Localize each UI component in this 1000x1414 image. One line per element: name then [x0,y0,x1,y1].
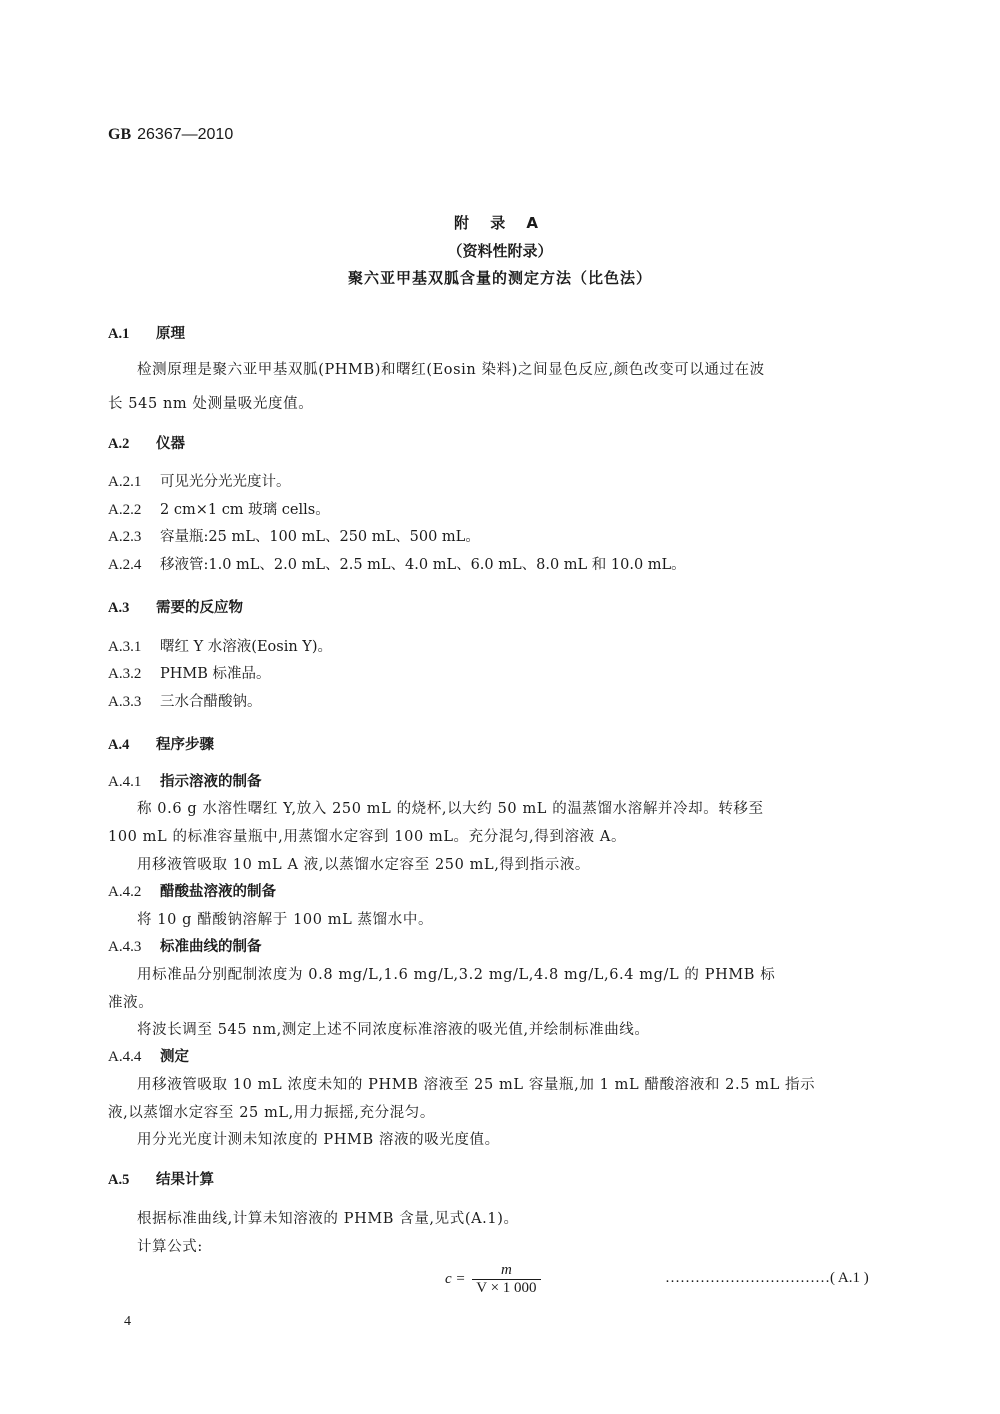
page-number: 4 [124,1314,131,1330]
paragraph-line: 长 545 nm 处测量吸光度值。 [108,392,313,413]
paragraph-line: 准液。 [108,991,153,1012]
section-number: A.5 [108,1172,156,1189]
formula-numerator: m [472,1262,540,1280]
paragraph-line: 用移液管吸取 10 mL A 液,以蒸馏水定容至 250 mL,得到指示液。 [137,853,590,874]
item-number: A.2.4 [108,557,160,574]
list-item: A.3.1曙红 Y 水溶液(Eosin Y)。 [108,635,332,656]
formula-lhs: c = [445,1271,466,1287]
paragraph-line: 100 mL 的标准容量瓶中,用蒸馏水定容到 100 mL。充分混匀,得到溶液 … [108,825,626,846]
section-title: 程序步骤 [156,737,214,753]
item-text: 容量瓶:25 mL、100 mL、250 mL、500 mL。 [160,529,480,545]
equation-label: ……………………………( A.1 ) [665,1270,869,1287]
item-number: A.3.3 [108,694,160,711]
item-number: A.2.3 [108,529,160,546]
section-number: A.2 [108,436,156,453]
subsection-number: A.4.3 [108,939,160,956]
subsection-title: 测定 [160,1049,189,1065]
section-title: 需要的反应物 [156,600,243,616]
paragraph-line: 液,以蒸馏水定容至 25 mL,用力振摇,充分混匀。 [108,1101,435,1122]
section-heading-a2: A.2仪器 [108,432,185,453]
item-number: A.3.1 [108,639,160,656]
list-item: A.2.3容量瓶:25 mL、100 mL、250 mL、500 mL。 [108,525,480,546]
paragraph-line: 计算公式: [137,1235,203,1256]
subsection-heading-a42: A.4.2醋酸盐溶液的制备 [108,880,276,901]
section-title: 原理 [156,326,185,342]
subsection-heading-a44: A.4.4测定 [108,1045,189,1066]
paragraph-line: 用移液管吸取 10 mL 浓度未知的 PHMB 溶液至 25 mL 容量瓶,加 … [137,1073,815,1094]
item-text: 三水合醋酸钠。 [160,694,262,710]
item-text: 移液管:1.0 mL、2.0 mL、2.5 mL、4.0 mL、6.0 mL、8… [160,557,686,573]
standard-code: GB26367—2010 [108,126,233,144]
annex-title: 聚六亚甲基双胍含量的测定方法（比色法） [0,267,1000,288]
subsection-number: A.4.2 [108,884,160,901]
item-text: PHMB 标准品。 [160,666,271,682]
formula-denominator: V × 1 000 [472,1280,540,1297]
paragraph-line: 用标准品分别配制浓度为 0.8 mg/L,1.6 mg/L,3.2 mg/L,4… [137,963,775,984]
paragraph-line: 根据标准曲线,计算未知溶液的 PHMB 含量,见式(A.1)。 [137,1207,519,1228]
paragraph-line: 将 10 g 醋酸钠溶解于 100 mL 蒸馏水中。 [137,908,433,929]
item-text: 可见光分光光度计。 [160,474,291,490]
item-number: A.2.1 [108,474,160,491]
subsection-title: 标准曲线的制备 [160,939,262,955]
formula-a1: c = m V × 1 000 [445,1262,541,1297]
list-item: A.3.3三水合醋酸钠。 [108,690,262,711]
subsection-heading-a43: A.4.3标准曲线的制备 [108,935,262,956]
section-heading-a1: A.1原理 [108,322,185,343]
annex-label: 附 录 A [0,212,1000,233]
list-item: A.3.2PHMB 标准品。 [108,662,271,683]
subsection-title: 指示溶液的制备 [160,774,262,790]
item-number: A.2.2 [108,502,160,519]
paragraph-line: 用分光光度计测未知浓度的 PHMB 溶液的吸光度值。 [137,1128,500,1149]
section-title: 仪器 [156,436,185,452]
section-number: A.3 [108,600,156,617]
item-number: A.3.2 [108,666,160,683]
standard-prefix: GB [108,126,131,143]
paragraph-line: 称 0.6 g 水溶性曙红 Y,放入 250 mL 的烧杯,以大约 50 mL … [137,797,764,818]
standard-number: 26367—2010 [137,126,233,143]
subsection-number: A.4.1 [108,774,160,791]
list-item: A.2.1可见光分光光度计。 [108,470,291,491]
paragraph-line: 检测原理是聚六亚甲基双胍(PHMB)和曙红(Eosin 染料)之间显色反应,颜色… [137,358,765,379]
section-number: A.1 [108,326,156,343]
annex-type: （资料性附录） [0,240,1000,261]
section-heading-a3: A.3需要的反应物 [108,596,243,617]
paragraph-line: 将波长调至 545 nm,测定上述不同浓度标准溶液的吸光值,并绘制标准曲线。 [137,1018,650,1039]
section-title: 结果计算 [156,1172,214,1188]
list-item: A.2.22 cm×1 cm 玻璃 cells。 [108,498,330,519]
subsection-number: A.4.4 [108,1049,160,1066]
item-text: 2 cm×1 cm 玻璃 cells。 [160,502,330,518]
item-text: 曙红 Y 水溶液(Eosin Y)。 [160,639,332,655]
section-heading-a5: A.5结果计算 [108,1168,214,1189]
section-heading-a4: A.4程序步骤 [108,733,214,754]
formula-fraction: m V × 1 000 [472,1262,540,1297]
subsection-heading-a41: A.4.1指示溶液的制备 [108,770,262,791]
section-number: A.4 [108,737,156,754]
subsection-title: 醋酸盐溶液的制备 [160,884,276,900]
list-item: A.2.4移液管:1.0 mL、2.0 mL、2.5 mL、4.0 mL、6.0… [108,553,686,574]
